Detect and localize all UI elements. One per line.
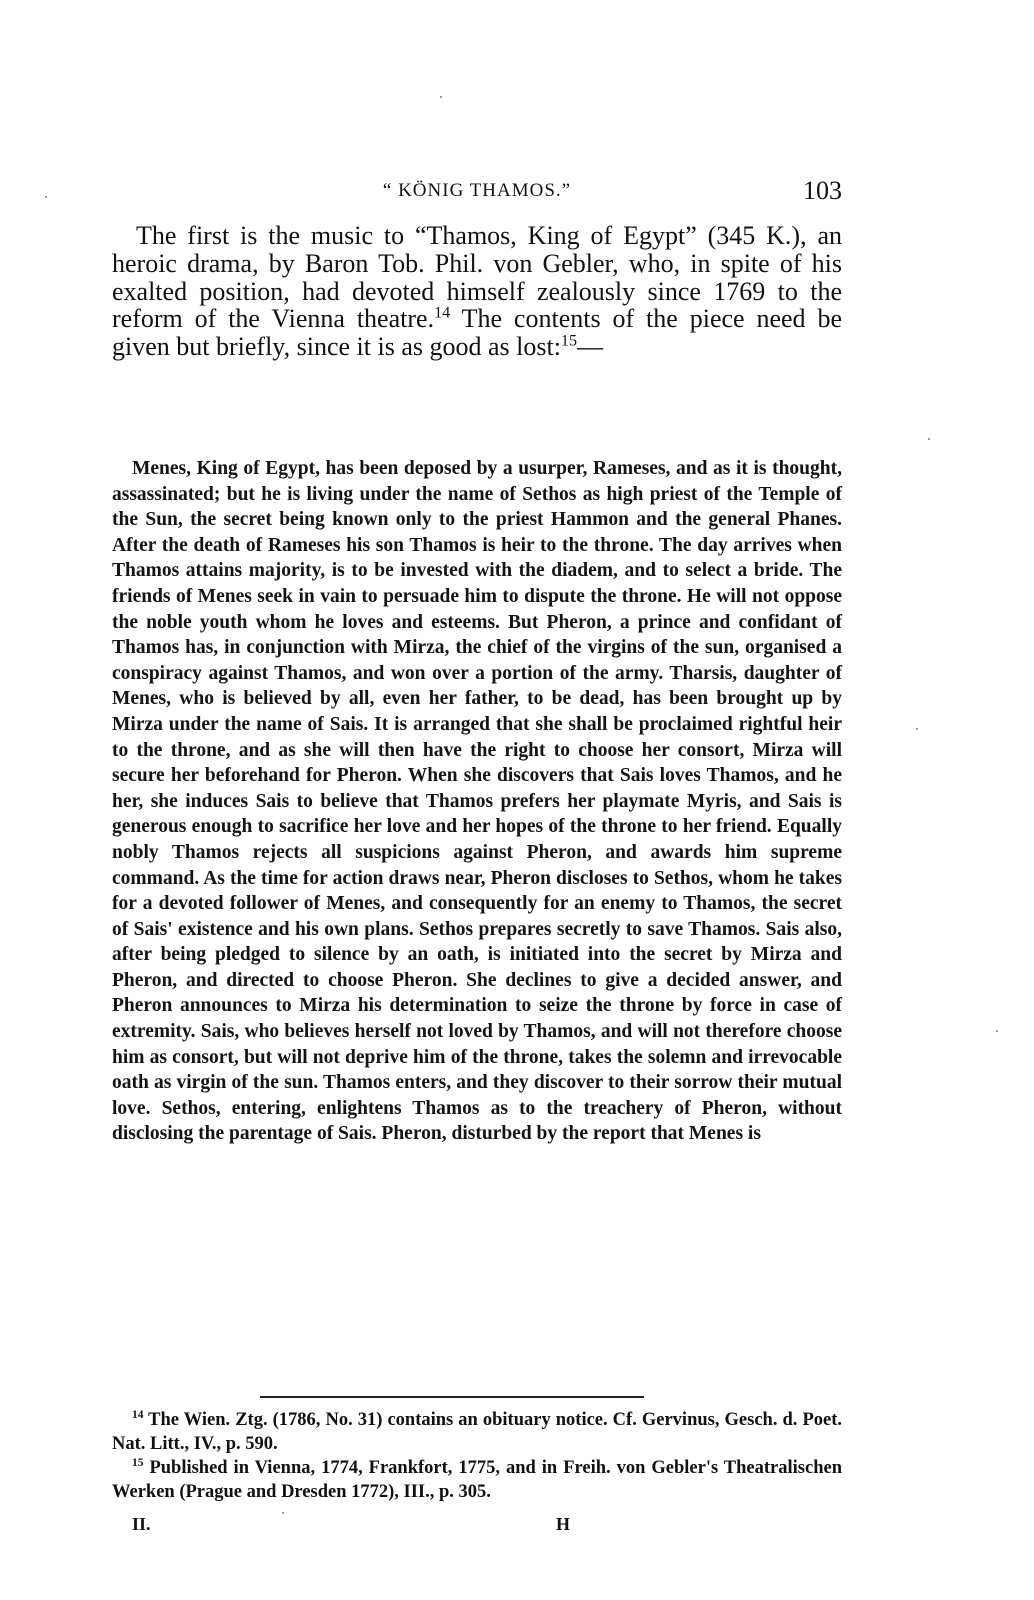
footnotes: 14 The Wien. Ztg. (1786, No. 31) contain… — [112, 1408, 842, 1504]
signature-volume-mark: II. — [132, 1514, 151, 1535]
footnote-reference-14: 14 — [434, 305, 450, 322]
plot-summary: Menes, King of Egypt, has been deposed b… — [112, 456, 842, 1147]
page-number: 103 — [803, 176, 842, 206]
footnote-text: Published in Vienna, 1774, Frankfort, 17… — [112, 1458, 842, 1502]
footnote-reference-15: 15 — [561, 333, 577, 350]
scan-speck — [916, 728, 918, 730]
scan-speck — [928, 438, 930, 440]
body-text-dash: — — [577, 332, 603, 361]
footnote-number: 14 — [132, 1409, 143, 1421]
scan-speck — [45, 196, 47, 198]
footnote-divider — [260, 1396, 644, 1398]
scan-speck — [996, 1030, 998, 1032]
body-paragraph: The first is the music to “Thamos, King … — [112, 222, 842, 361]
scan-speck — [282, 1512, 284, 1514]
footnote-14: 14 The Wien. Ztg. (1786, No. 31) contain… — [112, 1408, 842, 1456]
running-title: “ KÖNIG THAMOS.” — [112, 180, 842, 202]
running-head: “ KÖNIG THAMOS.” 103 — [112, 176, 842, 212]
footnote-15: 15 Published in Vienna, 1774, Frankfort,… — [112, 1456, 842, 1504]
scan-speck — [440, 96, 442, 98]
book-page: “ KÖNIG THAMOS.” 103 The first is the mu… — [0, 0, 1034, 1600]
footnote-number: 15 — [132, 1457, 143, 1469]
signature-letter-mark: H — [556, 1514, 570, 1535]
footnote-text: The Wien. Ztg. (1786, No. 31) contains a… — [112, 1410, 842, 1454]
